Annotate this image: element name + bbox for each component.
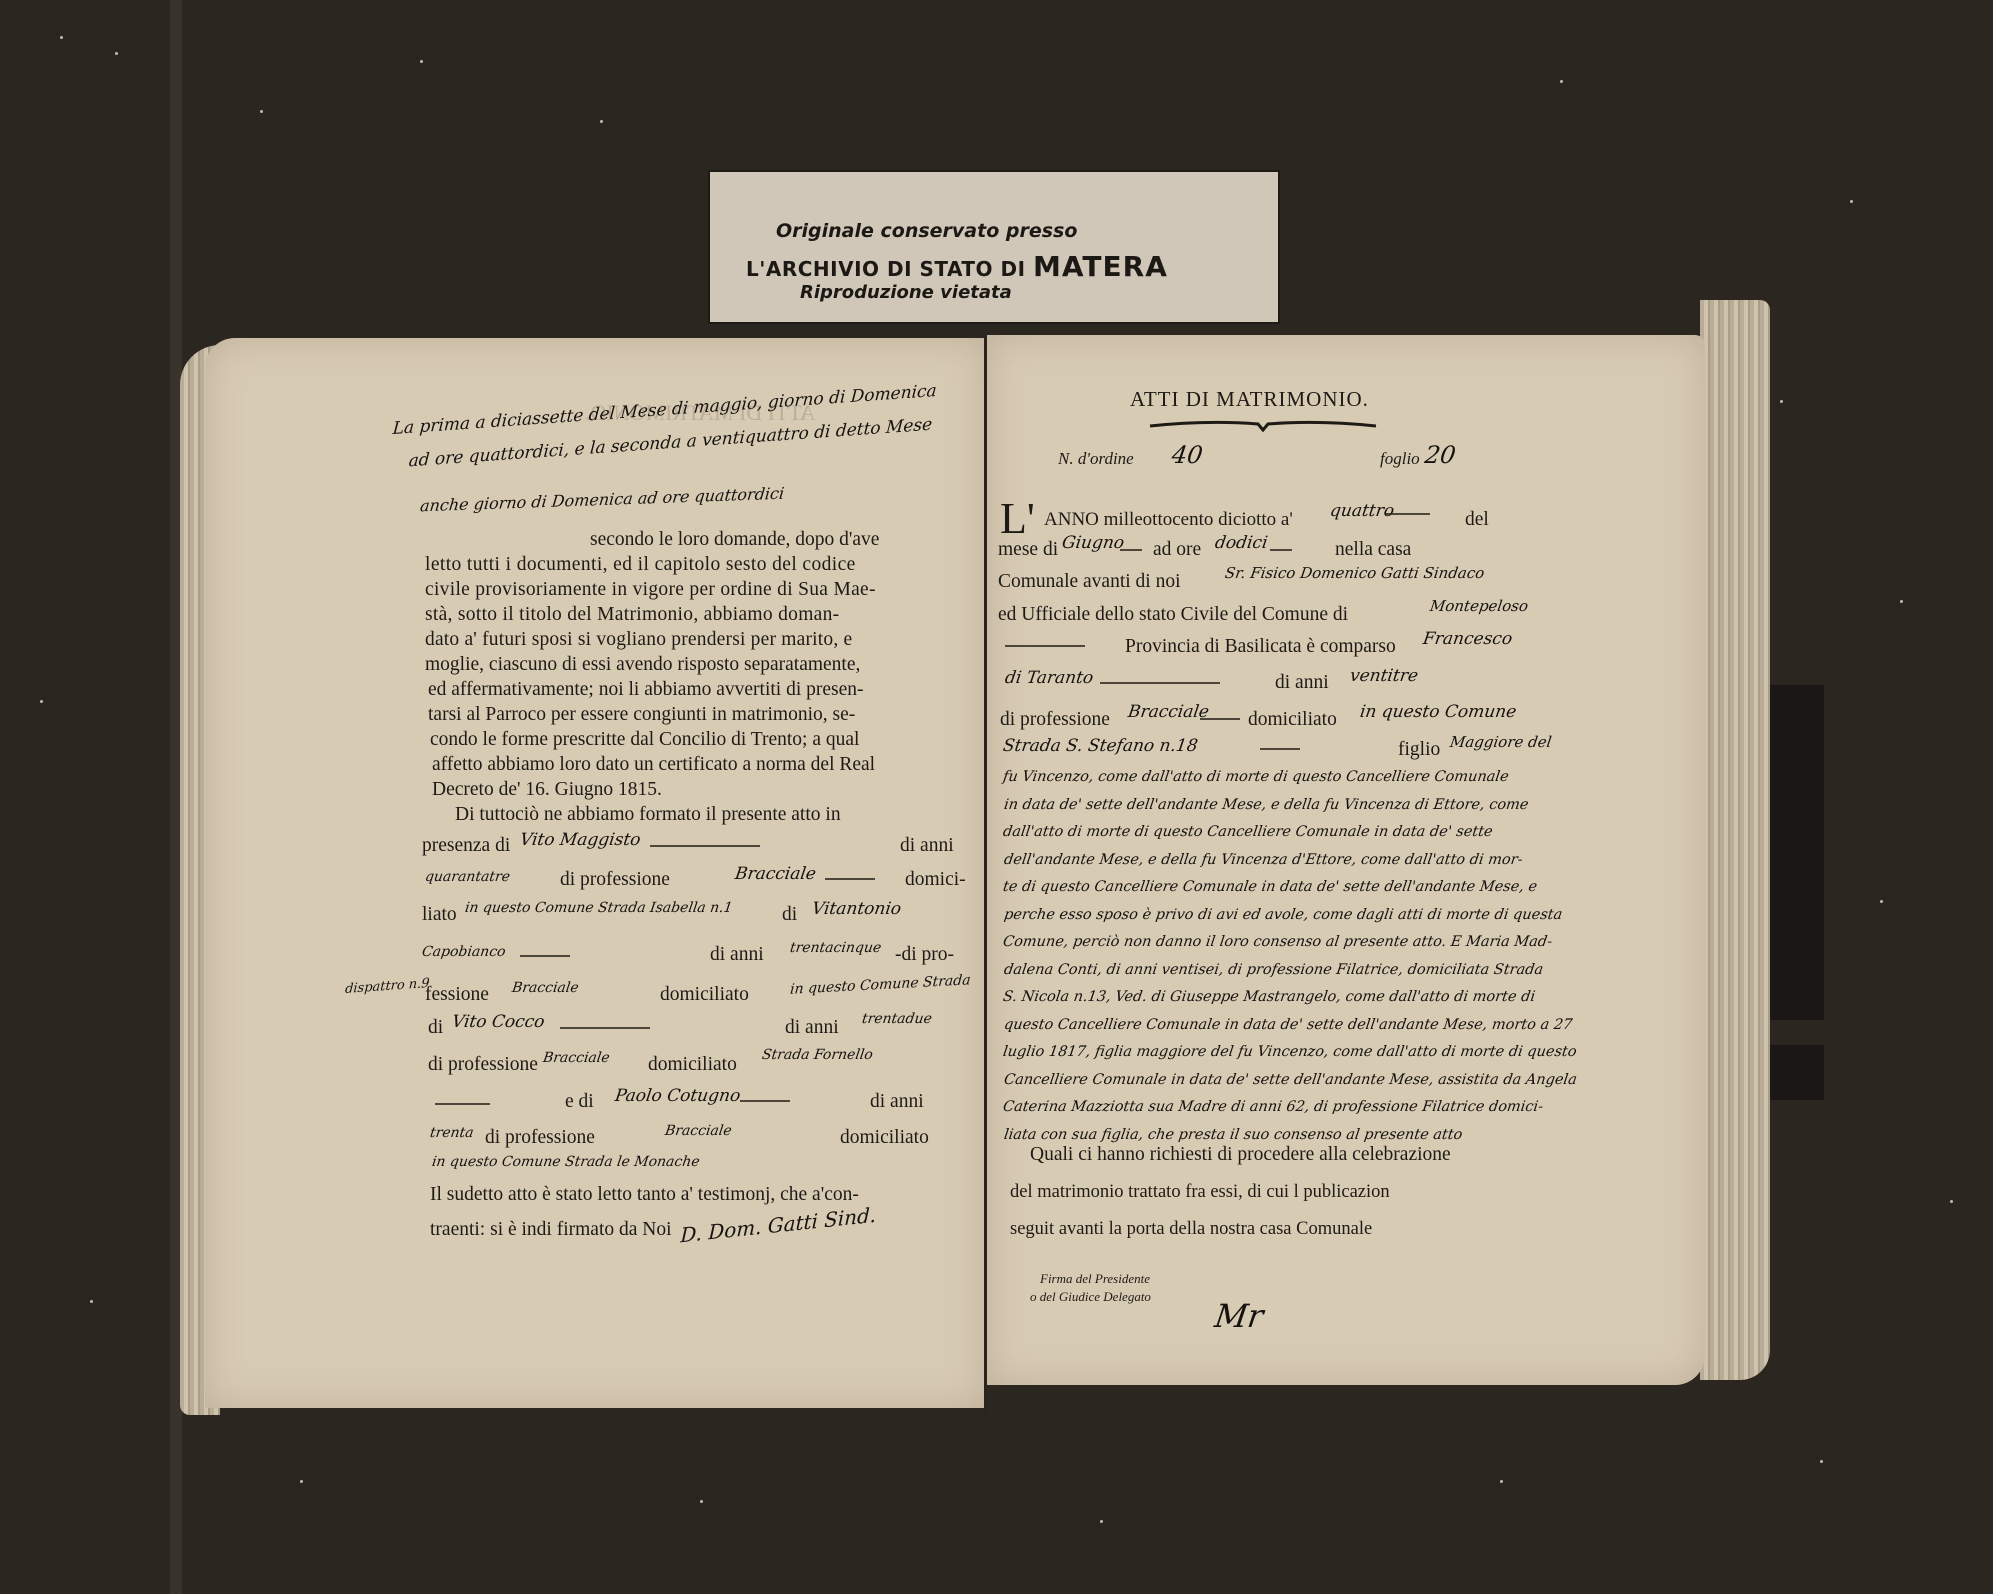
- handwritten-body-line: Comune, perciò non danno il loro consens…: [1002, 935, 1553, 950]
- dust-speck: [1820, 1460, 1823, 1463]
- groom-age: ventitre: [1349, 668, 1419, 685]
- groom-filiation: Maggiore del: [1449, 735, 1553, 750]
- fill-line: [825, 878, 875, 880]
- fill-line: [1100, 682, 1220, 684]
- officer-name: Sr. Fisico Domenico Gatti Sindaco: [1224, 566, 1485, 581]
- presenza-di-label: presenza di: [422, 836, 510, 856]
- left-printed-line: civile provisoriamente in vigore per ord…: [425, 580, 876, 600]
- groom-street: Strada S. Stefano n.18: [1002, 738, 1199, 755]
- groom-domicile: in questo Comune: [1359, 704, 1518, 721]
- witness-4-name: Paolo Cotugno: [614, 1088, 742, 1105]
- right-line-3: Comunale avanti di noi: [998, 572, 1181, 592]
- handwritten-body-line: liata con sua figlia, che presta il suo …: [1003, 1128, 1463, 1143]
- fill-line: [1270, 549, 1292, 551]
- domiciliato-label: domiciliato: [1248, 710, 1337, 730]
- right-black-tab-lower: [1764, 1045, 1824, 1100]
- left-printed-line: affetto abbiamo loro dato un certificato…: [432, 755, 875, 775]
- order-number-label: N. d'ordine: [1058, 450, 1134, 467]
- dust-speck: [600, 120, 603, 123]
- fessione-label: fessione: [425, 985, 489, 1005]
- fill-line: [1385, 513, 1430, 515]
- left-closing-line: traenti: si è indi firmato da Noi: [430, 1220, 672, 1240]
- witness-4-age: trenta: [429, 1126, 475, 1140]
- domici-label: domici-: [905, 870, 966, 890]
- left-printed-line: stà, sotto il titolo del Matrimonio, abb…: [425, 605, 839, 625]
- witness-2-profession: Bracciale: [511, 981, 580, 995]
- decorative-brace-icon: [1148, 418, 1378, 432]
- fill-line: [435, 1103, 490, 1105]
- dust-speck: [260, 110, 263, 113]
- dust-speck: [300, 1480, 303, 1483]
- hour-value: dodici: [1214, 535, 1269, 552]
- handwritten-body-line: te di questo Cancelliere Comunale in dat…: [1002, 880, 1538, 895]
- foglio-value: 20: [1423, 443, 1457, 467]
- groom-profession: Bracciale: [1127, 704, 1210, 721]
- right-line-5: Provincia di Basilicata è comparso: [1125, 637, 1396, 657]
- del-label: del: [1465, 510, 1489, 530]
- order-number-value: 40: [1170, 443, 1204, 467]
- handwritten-body-line: fu Vincenzo, come dall'atto di morte di …: [1002, 770, 1510, 785]
- fill-line: [520, 955, 570, 957]
- witness-2-last-name: Capobianco: [421, 945, 506, 959]
- dust-speck: [40, 700, 43, 703]
- di-professione-label: di professione: [1000, 710, 1110, 730]
- signature-label: o del Giudice Delegato: [1030, 1290, 1151, 1303]
- fill-line: [1260, 748, 1300, 750]
- witness-2-first-name: Vitantonio: [811, 901, 902, 918]
- drop-cap: L': [1000, 497, 1035, 541]
- day-value: quattro: [1329, 503, 1395, 520]
- left-printed-line: dato a' futuri sposi si vogliano prender…: [425, 630, 852, 650]
- dust-speck: [115, 52, 118, 55]
- dust-speck: [1100, 1520, 1103, 1523]
- groom-last-name: di Taranto: [1004, 670, 1095, 687]
- domiciliato-label: domiciliato: [840, 1128, 929, 1148]
- di-anni-label: di anni: [785, 1018, 839, 1038]
- witness-1-domicile: in questo Comune Strada Isabella n.1: [464, 901, 733, 915]
- ad-ore-label: ad ore: [1153, 540, 1201, 560]
- handwritten-body-line: dall'atto di morte di questo Cancelliere…: [1002, 825, 1494, 840]
- handwritten-body-line: perche esso sposo è privo di avi ed avol…: [1003, 908, 1563, 923]
- left-printed-line: moglie, ciascuno di essi avendo risposto…: [425, 655, 860, 675]
- left-printed-line: condo le forme prescritte dal Concilio d…: [430, 730, 859, 750]
- right-page-edges: [1700, 300, 1770, 1380]
- right-closing-line: Quali ci hanno richiesti di procedere al…: [1030, 1145, 1451, 1165]
- di-anni-label: di anni: [710, 945, 764, 965]
- left-printed-line: ed affermativamente; noi li abbiamo avve…: [428, 680, 864, 700]
- book-spine: [984, 335, 987, 1415]
- di-anni-label: di anni: [870, 1092, 924, 1112]
- label-line-1: Originale conservato presso: [776, 220, 1077, 242]
- witness-1-profession: Bracciale: [734, 866, 817, 883]
- right-black-tab-upper: [1764, 685, 1824, 1020]
- fill-line: [1200, 718, 1240, 720]
- fill-line: [1120, 549, 1142, 551]
- witness-1-age: quarantatre: [424, 870, 511, 884]
- witness-4-domicile: in questo Comune Strada le Monache: [431, 1155, 701, 1169]
- witness-2-age: trentacinque: [789, 941, 882, 955]
- handwritten-body-line: S. Nicola n.13, Ved. di Giuseppe Mastran…: [1002, 990, 1536, 1005]
- right-signature: Mr: [1213, 1300, 1266, 1332]
- archive-label-card: Originale conservato presso L'ARCHIVIO D…: [710, 172, 1278, 322]
- label-city: MATERA: [1033, 250, 1168, 283]
- domiciliato-label: domiciliato: [660, 985, 749, 1005]
- dust-speck: [60, 36, 63, 39]
- di-label: di: [428, 1018, 443, 1038]
- right-line-1: ANNO milleottocento diciotto a': [1044, 510, 1293, 529]
- fill-line: [560, 1027, 650, 1029]
- left-printed-line: Decreto de' 16. Giugno 1815.: [432, 780, 662, 800]
- left-printed-line: letto tutti i documenti, ed il capitolo …: [425, 555, 856, 575]
- di-professione-label: di professione: [485, 1128, 595, 1148]
- liato-label: liato: [422, 905, 457, 925]
- handwritten-body-line: dalena Conti, di anni ventisei, di profe…: [1003, 963, 1544, 978]
- mese-di-label: mese di: [998, 540, 1058, 560]
- di-label: di: [782, 905, 797, 925]
- dust-speck: [1950, 1200, 1953, 1203]
- right-line-4: ed Ufficiale dello stato Civile del Comu…: [998, 605, 1348, 625]
- left-printed-line: tarsi al Parroco per essere congiunti in…: [428, 705, 855, 725]
- label-line-2: L'ARCHIVIO DI STATO DI MATERA: [746, 250, 1168, 283]
- fill-line: [650, 845, 760, 847]
- month-value: Giugno: [1061, 535, 1125, 552]
- handwritten-body-line: in data de' sette dell'andante Mese, e d…: [1003, 798, 1529, 813]
- di-anni-label: di anni: [900, 836, 954, 856]
- dust-speck: [1880, 900, 1883, 903]
- handwritten-body-line: questo Cancelliere Comunale in data de' …: [1003, 1018, 1573, 1033]
- di-anni-label: di anni: [1275, 673, 1329, 693]
- dust-speck: [700, 1500, 703, 1503]
- dust-speck: [420, 60, 423, 63]
- fill-line: [740, 1100, 790, 1102]
- comune-value: Montepeloso: [1429, 599, 1529, 614]
- page-title: ATTI DI MATRIMONIO.: [1130, 387, 1369, 412]
- di-professione-label: di professione: [428, 1055, 538, 1075]
- handwritten-body-line: luglio 1817, figlia maggiore del fu Vinc…: [1002, 1045, 1578, 1060]
- dust-speck: [1780, 400, 1783, 403]
- left-closing-line: Il sudetto atto è stato letto tanto a' t…: [430, 1185, 859, 1205]
- dust-speck: [1850, 200, 1853, 203]
- fill-line: [1005, 645, 1085, 647]
- groom-first-name: Francesco: [1422, 631, 1513, 648]
- domiciliato-label: domiciliato: [648, 1055, 737, 1075]
- witness-3-age: trentadue: [861, 1012, 933, 1026]
- handwritten-body-line: dell'andante Mese, e della fu Vincenza d…: [1003, 853, 1524, 868]
- handwritten-body-line: Caterina Mazziotta sua Madre di anni 62,…: [1002, 1100, 1544, 1115]
- signature-label: Firma del Presidente: [1040, 1272, 1150, 1285]
- witness-3-name: Vito Cocco: [451, 1014, 546, 1031]
- figlio-label: figlio: [1398, 740, 1440, 760]
- e-di-label: e di: [565, 1092, 594, 1112]
- right-closing-line: del matrimonio trattato fra essi, di cui…: [1010, 1183, 1390, 1202]
- dust-speck: [1900, 600, 1903, 603]
- handwritten-body-line: Cancelliere Comunale in data de' sette d…: [1003, 1073, 1578, 1088]
- right-closing-line: seguit avanti la porta della nostra casa…: [1010, 1220, 1372, 1239]
- foglio-label: foglio: [1380, 450, 1420, 467]
- dust-speck: [1560, 80, 1563, 83]
- witness-1-name: Vito Maggisto: [519, 832, 642, 849]
- left-printed-line: Di tuttociò ne abbiamo formato il presen…: [455, 805, 841, 825]
- witness-3-domicile: Strada Fornello: [761, 1048, 874, 1062]
- dust-speck: [1500, 1480, 1503, 1483]
- left-printed-line: secondo le loro domande, dopo d'ave: [590, 530, 879, 550]
- witness-4-profession: Bracciale: [664, 1124, 733, 1138]
- witness-3-profession: Bracciale: [542, 1051, 611, 1065]
- label-archive-name: L'ARCHIVIO DI STATO DI: [746, 257, 1026, 281]
- di-pro-label: -di pro-: [895, 945, 954, 965]
- nella-casa-label: nella casa: [1335, 540, 1411, 560]
- dust-speck: [90, 1300, 93, 1303]
- di-professione-label: di professione: [560, 870, 670, 890]
- label-line-3: Riproduzione vietata: [800, 282, 1012, 303]
